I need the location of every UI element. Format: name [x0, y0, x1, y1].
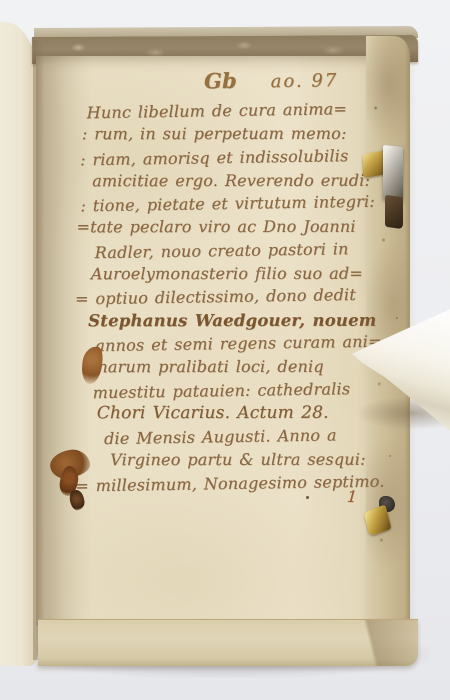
- ink-dot: [306, 496, 309, 499]
- manuscript-line: = millesimum, Nonagesimo septimo.: [75, 469, 375, 497]
- page-header: Gbao. 97: [88, 66, 368, 96]
- manuscript-line: annos et semi regens curam ani=: [95, 330, 374, 358]
- year-annotation: ao. 97: [270, 70, 338, 92]
- manuscript-line: : rum, in sui perpetuam memo:: [82, 122, 373, 146]
- manuscript-line: Hunc libellum de cura anima=: [87, 97, 373, 125]
- manuscript-line: Virgineo partu & ultra sesqui:: [110, 448, 375, 472]
- manuscript-line-dedication-name: Stephanus Waedgouer, nouem: [88, 308, 374, 332]
- manuscript-line: = optiuo dilectissimo, dono dedit: [75, 283, 374, 311]
- steel-clasp-plate-top: [383, 145, 403, 201]
- manuscript-text-block: Hunc libellum de cura anima= : rum, in s…: [87, 98, 376, 496]
- manuscript-line: Radler, nouo creato pastori in: [95, 237, 374, 265]
- manuscript-line: amicitiae ergo. Reverendo erudi:: [92, 169, 373, 193]
- flyleaf-fold-edge: [33, 40, 43, 660]
- bottom-vellum-turnin: [38, 619, 418, 666]
- manuscript-line: marum pralibati loci, deniq: [92, 355, 374, 379]
- owner-monogram: Gb: [204, 68, 237, 94]
- manuscript-line: : riam, amorisq et indissolubilis: [80, 143, 373, 171]
- manuscript-line: Chori Vicarius. Actum 28.: [97, 402, 375, 426]
- footer-ink-mark: 1: [346, 487, 357, 507]
- manuscript-line: muestitu patauien: cathedralis: [92, 376, 374, 404]
- manuscript-line: =tate peclaro viro ac Dno Joanni: [76, 215, 373, 239]
- photo-of-manuscript-book: Gbao. 97 Hunc libellum de cura anima= : …: [0, 0, 450, 700]
- manuscript-line: die Mensis Augusti. Anno a: [104, 423, 375, 451]
- manuscript-line: : tione, pietate et virtutum integri:: [80, 190, 373, 218]
- leather-strap-remnant: [385, 195, 403, 230]
- manuscript-line: Auroelymonasterio filio suo ad=: [91, 262, 374, 286]
